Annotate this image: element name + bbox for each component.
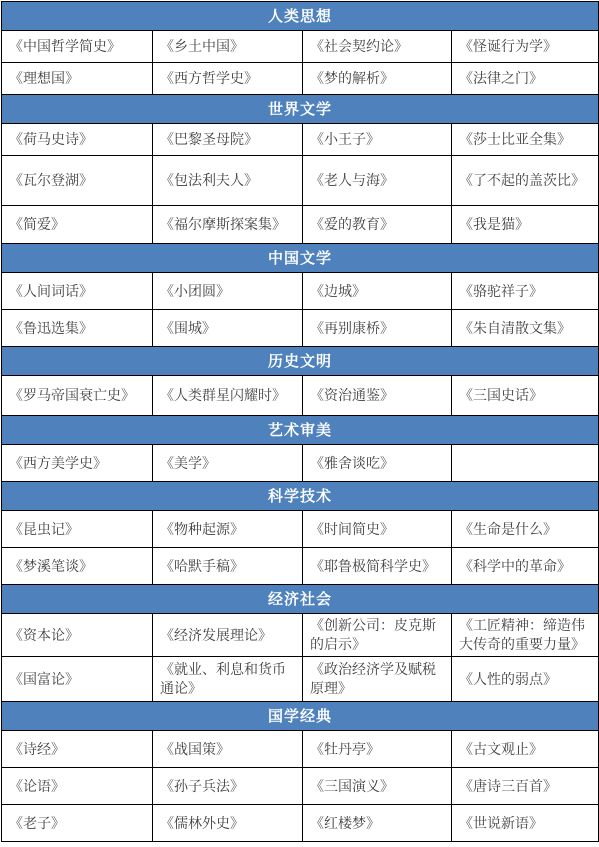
book-row: 《梦溪笔谈》《哈默手稿》《耶鲁极简科学史》《科学中的革命》	[2, 548, 599, 585]
section-title: 科学技术	[2, 482, 599, 511]
book-title-cell: 《荷马史诗》	[2, 124, 153, 156]
book-row: 《瓦尔登湖》《包法利夫人》《老人与海》《了不起的盖茨比》	[2, 156, 599, 206]
section-header-row: 世界文学	[2, 95, 599, 124]
section-header-row: 艺术审美	[2, 416, 599, 445]
book-title-cell: 《理想国》	[2, 63, 153, 95]
book-title-cell: 《了不起的盖茨比》	[452, 156, 599, 206]
book-title-cell: 《梦的解析》	[303, 63, 452, 95]
book-row: 《老子》《儒林外史》《红楼梦》《世说新语》	[2, 805, 599, 842]
section-header-row: 科学技术	[2, 482, 599, 511]
book-title-cell: 《昆虫记》	[2, 511, 153, 548]
book-title-cell: 《老子》	[2, 805, 153, 842]
book-title-cell: 《怪诞行为学》	[452, 31, 599, 63]
book-title-cell: 《人类群星闪耀时》	[153, 376, 303, 416]
book-row: 《西方美学史》《美学》《雅舍谈吃》	[2, 445, 599, 482]
page: 人类思想《中国哲学简史》《乡土中国》《社会契约论》《怪诞行为学》《理想国》《西方…	[0, 0, 599, 847]
book-row: 《资本论》《经济发展理论》《创新公司：皮克斯的启示》《工匠精神：缔造伟大传奇的重…	[2, 614, 599, 657]
book-title-cell: 《美学》	[153, 445, 303, 482]
book-title-cell: 《就业、利息和货币通论》	[153, 657, 303, 702]
book-row: 《论语》《孙子兵法》《三国演义》《唐诗三百首》	[2, 768, 599, 805]
book-row: 《国富论》《就业、利息和货币通论》《政治经济学及赋税原理》《人性的弱点》	[2, 657, 599, 702]
book-title-cell: 《简爱》	[2, 206, 153, 244]
book-title-cell: 《梦溪笔谈》	[2, 548, 153, 585]
book-title-cell: 《再别康桥》	[303, 310, 452, 347]
book-title-cell: 《政治经济学及赋税原理》	[303, 657, 452, 702]
book-title-cell: 《牡丹亭》	[303, 731, 452, 768]
book-title-cell: 《哈默手稿》	[153, 548, 303, 585]
book-title-cell: 《福尔摩斯探案集》	[153, 206, 303, 244]
book-title-cell: 《论语》	[2, 768, 153, 805]
book-row: 《鲁迅选集》《围城》《再别康桥》《朱自清散文集》	[2, 310, 599, 347]
book-title-cell: 《法律之门》	[452, 63, 599, 95]
section-header-row: 中国文学	[2, 244, 599, 273]
book-title-cell: 《物种起源》	[153, 511, 303, 548]
book-title-cell: 《人性的弱点》	[452, 657, 599, 702]
book-row: 《罗马帝国衰亡史》《人类群星闪耀时》《资治通鉴》《三国史话》	[2, 376, 599, 416]
book-row: 《简爱》《福尔摩斯探案集》《爱的教育》《我是猫》	[2, 206, 599, 244]
section-title: 国学经典	[2, 702, 599, 731]
book-title-cell: 《乡土中国》	[153, 31, 303, 63]
book-title-cell: 《小团圆》	[153, 273, 303, 310]
book-title-cell: 《科学中的革命》	[452, 548, 599, 585]
book-title-cell: 《三国演义》	[303, 768, 452, 805]
book-title-cell: 《时间简史》	[303, 511, 452, 548]
book-title-cell: 《红楼梦》	[303, 805, 452, 842]
book-title-cell: 《儒林外史》	[153, 805, 303, 842]
book-title-cell: 《骆驼祥子》	[452, 273, 599, 310]
section-title: 历史文明	[2, 347, 599, 376]
book-title-cell: 《三国史话》	[452, 376, 599, 416]
book-title-cell: 《我是猫》	[452, 206, 599, 244]
book-title-cell: 《瓦尔登湖》	[2, 156, 153, 206]
book-title-cell: 《耶鲁极简科学史》	[303, 548, 452, 585]
book-row: 《理想国》《西方哲学史》《梦的解析》《法律之门》	[2, 63, 599, 95]
section-title: 人类思想	[2, 2, 599, 31]
book-title-cell: 《围城》	[153, 310, 303, 347]
book-row: 《昆虫记》《物种起源》《时间简史》《生命是什么》	[2, 511, 599, 548]
book-title-cell: 《生命是什么》	[452, 511, 599, 548]
book-row: 《诗经》《战国策》《牡丹亭》《古文观止》	[2, 731, 599, 768]
book-title-cell: 《社会契约论》	[303, 31, 452, 63]
book-title-cell: 《诗经》	[2, 731, 153, 768]
book-list-table: 人类思想《中国哲学简史》《乡土中国》《社会契约论》《怪诞行为学》《理想国》《西方…	[1, 1, 599, 842]
section-title: 艺术审美	[2, 416, 599, 445]
book-title-cell: 《中国哲学简史》	[2, 31, 153, 63]
book-title-cell: 《老人与海》	[303, 156, 452, 206]
book-title-cell: 《西方美学史》	[2, 445, 153, 482]
book-title-cell: 《小王子》	[303, 124, 452, 156]
book-title-cell: 《古文观止》	[452, 731, 599, 768]
book-title-cell: 《雅舍谈吃》	[303, 445, 452, 482]
book-title-cell: 《资本论》	[2, 614, 153, 657]
empty-cell	[452, 445, 599, 482]
book-title-cell: 《国富论》	[2, 657, 153, 702]
book-title-cell: 《巴黎圣母院》	[153, 124, 303, 156]
book-title-cell: 《工匠精神：缔造伟大传奇的重要力量》	[452, 614, 599, 657]
book-title-cell: 《莎士比亚全集》	[452, 124, 599, 156]
book-title-cell: 《资治通鉴》	[303, 376, 452, 416]
book-title-cell: 《边城》	[303, 273, 452, 310]
section-header-row: 历史文明	[2, 347, 599, 376]
book-title-cell: 《经济发展理论》	[153, 614, 303, 657]
book-title-cell: 《创新公司：皮克斯的启示》	[303, 614, 452, 657]
book-title-cell: 《唐诗三百首》	[452, 768, 599, 805]
section-title: 中国文学	[2, 244, 599, 273]
book-title-cell: 《战国策》	[153, 731, 303, 768]
book-title-cell: 《人间词话》	[2, 273, 153, 310]
book-row: 《荷马史诗》《巴黎圣母院》《小王子》《莎士比亚全集》	[2, 124, 599, 156]
book-table-body: 人类思想《中国哲学简史》《乡土中国》《社会契约论》《怪诞行为学》《理想国》《西方…	[2, 2, 599, 842]
book-title-cell: 《罗马帝国衰亡史》	[2, 376, 153, 416]
section-title: 世界文学	[2, 95, 599, 124]
book-title-cell: 《爱的教育》	[303, 206, 452, 244]
section-header-row: 国学经典	[2, 702, 599, 731]
book-title-cell: 《包法利夫人》	[153, 156, 303, 206]
book-title-cell: 《西方哲学史》	[153, 63, 303, 95]
book-title-cell: 《孙子兵法》	[153, 768, 303, 805]
book-row: 《人间词话》《小团圆》《边城》《骆驼祥子》	[2, 273, 599, 310]
book-row: 《中国哲学简史》《乡土中国》《社会契约论》《怪诞行为学》	[2, 31, 599, 63]
section-header-row: 经济社会	[2, 585, 599, 614]
book-title-cell: 《朱自清散文集》	[452, 310, 599, 347]
section-header-row: 人类思想	[2, 2, 599, 31]
section-title: 经济社会	[2, 585, 599, 614]
book-title-cell: 《鲁迅选集》	[2, 310, 153, 347]
book-title-cell: 《世说新语》	[452, 805, 599, 842]
